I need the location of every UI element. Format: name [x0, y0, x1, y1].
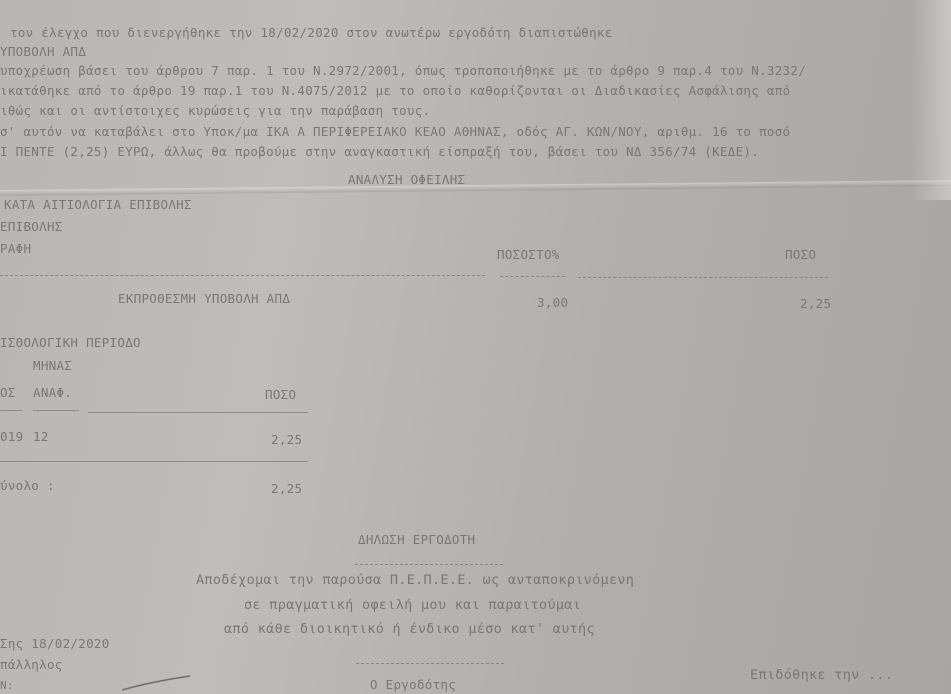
footer-date: Σης 18/02/2020: [0, 636, 110, 651]
divider: [500, 276, 565, 277]
analysis-header-line2: ΡΑΦΗ: [0, 241, 31, 256]
period-row-amount: 2,25: [271, 432, 302, 447]
divider: [0, 461, 308, 462]
analysis-title: ΑΝΑΛΥΣΗ ΟΦΕΙΛΗΣ: [348, 172, 465, 187]
period-total-label: ύνολο :: [0, 478, 55, 493]
intro-line: Ι ΠΕΝΤΕ (2,25) ΕΥΡΩ, άλλως θα προβούμε σ…: [0, 144, 759, 159]
analysis-subtitle: ΚΑΤΑ ΑΙΤΙΟΛΟΓΙΑ ΕΠΙΒΟΛΗΣ: [4, 197, 192, 212]
intro-line: ιθώς και οι αντίστοιχες κυρώσεις για την…: [0, 103, 430, 118]
intro-line: σ' αυτόν να καταβάλει στο Υποκ/μα ΙΚΑ Α …: [0, 124, 790, 139]
pen-stroke: [120, 670, 200, 694]
divider: [0, 275, 485, 276]
period-col-month: ΑΝΑΦ.: [33, 385, 72, 400]
statement-line: σε πραγματική οφειλή μου και παραιτούμαι: [244, 597, 581, 613]
footer-sig-prefix: Ν:: [0, 679, 14, 692]
analysis-row-percent: 3,00: [537, 295, 568, 310]
period-col-year: ΟΣ: [0, 385, 16, 400]
footer-role: πάλληλος: [0, 657, 63, 672]
period-row-year: 019: [0, 429, 23, 444]
divider: [356, 663, 504, 664]
document-page: τον έλεγχο που διενεργήθηκε την 18/02/20…: [0, 0, 951, 694]
statement-signature: Ο Εργοδότης: [370, 677, 456, 692]
statement-title: ΔΗΛΩΣΗ ΕΡΓΟΔΟΤΗ: [358, 532, 475, 547]
intro-line: τον έλεγχο που διενεργήθηκε την 18/02/20…: [10, 25, 613, 40]
intro-line: ικατάθηκε από το άρθρο 19 παρ.1 του Ν.40…: [0, 83, 790, 98]
period-row-month: 12: [33, 429, 49, 444]
paper-fold: [0, 180, 951, 196]
divider: [578, 277, 828, 278]
statement-line: Αποδέχομαι την παρούσα Π.Ε.Π.Ε.Ε. ως αντ…: [196, 572, 634, 588]
col-amount-header: ΠΟΣΟ: [785, 247, 816, 262]
analysis-row-amount: 2,25: [800, 296, 831, 311]
period-total-amount: 2,25: [271, 481, 302, 496]
intro-line: υποχρέωση βάσει του άρθρου 7 παρ. 1 του …: [0, 63, 806, 78]
divider: [88, 412, 308, 413]
divider: [33, 410, 79, 411]
period-col-month-top: ΜΗΝΑΣ: [33, 358, 72, 373]
period-title: ΙΣΘΟΛΟΓΙΚΗ ΠΕΡΙΟΔΟ: [0, 335, 141, 350]
divider: [355, 564, 503, 565]
paper-edge-shadow: [911, 0, 951, 200]
period-col-amount: ΠΟΣΟ: [265, 387, 296, 402]
col-percent-header: ΠΟΣΟΣΤΟ%: [497, 247, 560, 262]
intro-line: ΥΠΟΒΟΛΗ ΑΠΔ: [0, 44, 86, 59]
analysis-header-line1: ΕΠΙΒΟΛΗΣ: [0, 219, 63, 234]
footer-served: Επιδόθηκε την ...: [750, 667, 893, 683]
analysis-row-description: ΕΚΠΡΟΘΕΣΜΗ ΥΠΟΒΟΛΗ ΑΠΔ: [118, 291, 290, 306]
statement-line: από κάθε διοικητικό ή ένδικο μέσο κατ' α…: [224, 621, 595, 637]
divider: [0, 410, 22, 411]
